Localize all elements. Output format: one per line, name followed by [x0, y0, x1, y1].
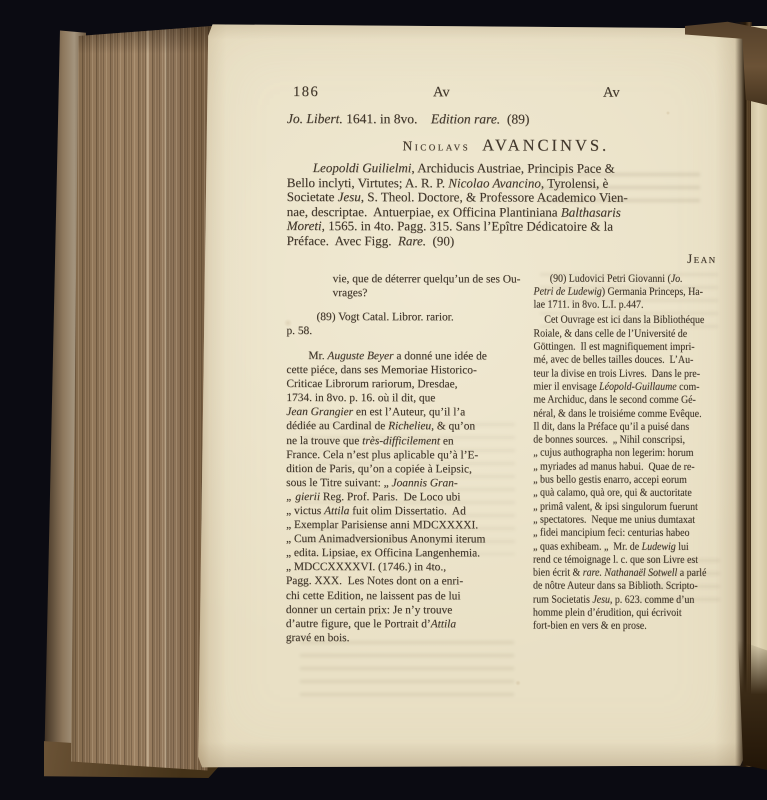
book-page-edges [68, 24, 218, 772]
beyer-note: Mr. Auguste Beyer a donné une idée de ce… [286, 349, 529, 645]
left-column: vie, que de déterrer quelqu’un de ses Ou… [286, 272, 529, 646]
entry-title-surname: AVANCINVS. [482, 135, 609, 154]
catchword: Jean [287, 250, 725, 267]
footnote-90: (90) Ludovici Petri Giovanni (Jo. Petri … [534, 272, 732, 312]
entry-title-forename: Nicolavs [403, 138, 471, 153]
footnote-continuation: vie, que de déterrer quelqu’un de ses Ou… [333, 272, 529, 301]
entry-title: NicolavsAVANCINVS. [287, 135, 725, 156]
footnote-89: (89) Vogt Catal. Libror. rarior. p. 58. [286, 310, 528, 339]
page-number: 186 [293, 84, 319, 101]
right-column: (90) Ludovici Petri Giovanni (Jo. Petri … [533, 272, 732, 633]
commentary-note: Cet Ouvrage est ici dans la Bibliothéque… [533, 314, 732, 634]
two-column-notes: vie, que de déterrer quelqu’un de ses Ou… [286, 272, 725, 653]
running-head-right: Av [603, 85, 620, 102]
edition-reference-line: Jo. Libert. 1641. in 8vo. Edition rare. … [287, 111, 725, 128]
running-head-left: Av [433, 84, 450, 101]
page-text-block: 186 Av Av Jo. Libert. 1641. in 8vo. Edit… [286, 84, 725, 652]
running-head: 186 Av Av [287, 84, 725, 103]
scanned-book-photo: 186 Av Av Jo. Libert. 1641. in 8vo. Edit… [0, 0, 767, 800]
bibliographic-description: Leopoldi Guilielmi, Archiducis Austriae,… [287, 161, 725, 249]
